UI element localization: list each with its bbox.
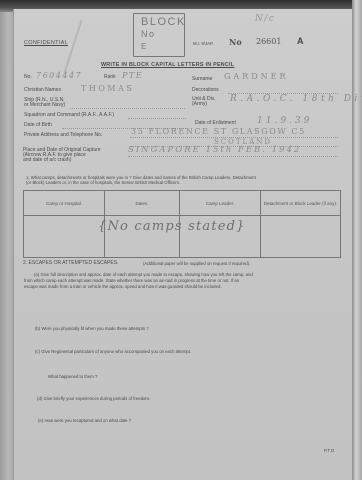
column-header-block-leader: Detachment or Block Leader (if any). xyxy=(261,191,341,216)
handwritten-note: {No camps stated} xyxy=(98,219,246,234)
rank-value: PTE xyxy=(122,71,143,80)
paper-crease xyxy=(64,20,83,73)
stamp-line-2: No xyxy=(141,29,156,39)
rank-label: Rank xyxy=(104,74,116,80)
surname-value: GARDNER xyxy=(224,72,288,81)
serial-label: No xyxy=(229,37,242,47)
unit-label-2: (Army) xyxy=(192,101,207,107)
squadron-line xyxy=(128,118,186,119)
capture-line xyxy=(128,156,338,157)
question-e: (e) How were you recaptured and on what … xyxy=(38,418,131,423)
capture-label-3: and date of a/c crash) xyxy=(23,157,71,163)
christian-names-label: Christian Names xyxy=(24,87,61,93)
page-edge xyxy=(352,0,362,480)
form-heading: WRITE IN BLOCK CAPITAL LETTERS IN PENCIL xyxy=(101,62,234,68)
date-of-birth-label: Date of Birth xyxy=(24,122,52,128)
question-d: (d) Give briefly your experiences during… xyxy=(37,396,150,401)
section2-note: (Additional paper will be supplied on re… xyxy=(143,261,250,266)
classification-label: CONFIDENTIAL xyxy=(24,40,68,46)
camps-table-header: Camp or Hospital. Dates. Camp Leader. De… xyxy=(24,191,341,216)
pto-label: P.T.O. xyxy=(324,448,335,453)
decorations-label: Decorations xyxy=(192,87,219,93)
question-a-line-2: from which camp each attempt was made. S… xyxy=(24,278,239,283)
ship-label-2: or Merchant Navy) xyxy=(24,102,65,108)
question-a-line-3: escape was made from a train or vehicle … xyxy=(24,284,222,289)
squadron-label: Squadron and Command (R.A.F., A.A.F.) xyxy=(24,112,114,118)
no-label: No. xyxy=(24,74,32,80)
section2-title: 2. ESCAPES OR ATTEMPTED ESCAPES. xyxy=(23,260,119,266)
capture-value: SINGAPORE 15th FEB. 1942 xyxy=(128,145,301,155)
section1-question-2: (or Block) Leaders or, in the case of ho… xyxy=(26,180,180,185)
address-value-1: 35 FLORENCE ST GLASGOW C5 xyxy=(131,127,306,136)
christian-names-value: THOMAS xyxy=(81,84,134,93)
enlistment-value: 11.9.39 xyxy=(257,116,312,126)
stamp-line-3: E xyxy=(141,42,148,51)
ship-line xyxy=(70,108,185,109)
handwritten-initials: N/c xyxy=(255,14,275,24)
serial-suffix: A xyxy=(297,36,304,46)
column-header-dates: Dates. xyxy=(105,191,180,216)
column-header-camp-leader: Camp Leader. xyxy=(180,191,261,216)
stamp-line-1: BLOCK xyxy=(141,16,186,28)
no-value: 7604447 xyxy=(36,71,82,80)
question-c: (c) Give Regimental particulars of anyon… xyxy=(35,349,191,354)
serial-number: 26601 xyxy=(256,37,281,46)
form-reference: M.I. 9/JAP. xyxy=(193,41,213,46)
question-a-line-1: (a) Give full description and approx. da… xyxy=(34,272,253,277)
surname-label: Surname xyxy=(192,76,212,82)
column-header-camp: Camp or Hospital. xyxy=(24,191,105,216)
question-b: (b) Were you physically fit when you mad… xyxy=(35,326,149,331)
unit-value: R.A.O.C. 18th Div xyxy=(230,94,362,104)
question-c-followup: What happened to them ? xyxy=(48,374,97,379)
block-stamp: BLOCK No E xyxy=(133,13,185,57)
enlistment-label: Date of Enlistment xyxy=(195,120,236,126)
address-label: Private Address and Telephone No. xyxy=(24,132,102,138)
